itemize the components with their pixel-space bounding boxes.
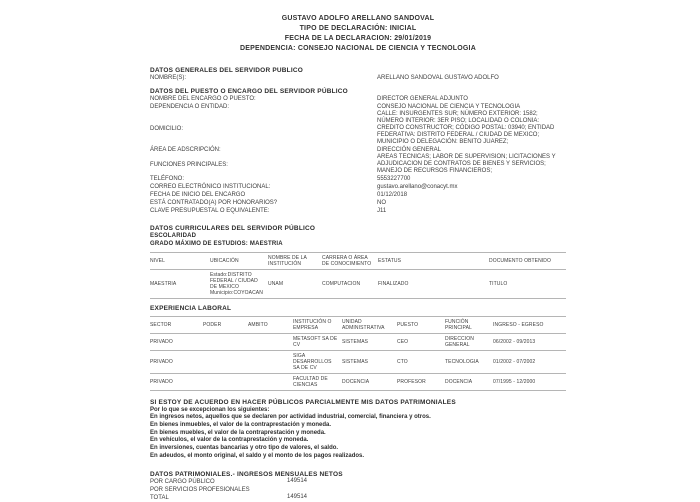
grado-maximo: GRADO MÁXIMO DE ESTUDIOS: MAESTRIA (150, 240, 566, 248)
cell-sector: PRIVADO (150, 374, 203, 391)
cell-institucion: FACULTAD DE CIENCIAS (293, 374, 342, 391)
cell-poder (203, 351, 248, 374)
table-row: MAESTRIA Estado:DISTRITO FEDERAL / CIUDA… (150, 270, 566, 299)
field-row: ESTÁ CONTRATADO(A) POR HONORARIOS? NO (150, 199, 566, 207)
cell-poder (203, 334, 248, 351)
field-row: NOMBRE(S): ARELLANO SANDOVAL GUSTAVO ADO… (150, 74, 566, 82)
field-row: ÁREA DE ADSCRIPCIÓN: DIRECCIÓN GENERAL (150, 146, 566, 154)
col-header: ESTATUS (378, 253, 489, 270)
declaration-type: TIPO DE DECLARACIÓN: INICIAL (150, 24, 566, 34)
cell-periodo: 01/2002 - 07/2002 (493, 351, 566, 374)
declaration-dependency: DEPENDENCIA: CONSEJO NACIONAL DE CIENCIA… (150, 44, 566, 54)
escolaridad-table: NIVEL UBICACIÓN NOMBRE DE LA INSTITUCIÓN… (150, 252, 566, 299)
cell-puesto: CTO (397, 351, 445, 374)
field-label: TELÉFONO: (150, 175, 377, 183)
table-header-row: SECTOR PODER AMBITO INSTITUCIÓN O EMPRES… (150, 317, 566, 334)
cell-institucion: SIGA DESARROLLOS SA DE CV (293, 351, 342, 374)
cell-funcion: DOCENCIA (445, 374, 493, 391)
field-value: DIRECTOR GENERAL ADJUNTO (377, 96, 566, 103)
field-value: 5553227700 (377, 176, 566, 183)
section-title-datos-curriculares: DATOS CURRICULARES DEL SERVIDOR PÚBLICO (150, 225, 566, 232)
col-header: INGRESO - EGRESO (493, 317, 566, 334)
cell-funcion: DIRECCION GENERAL (445, 334, 493, 351)
cell-unidad: SISTEMAS (342, 351, 397, 374)
cell-carrera: COMPUTACION (322, 270, 378, 299)
exception-item: En bienes inmuebles, el valor de la cont… (150, 422, 566, 430)
cell-ambito (248, 374, 293, 391)
col-header: AMBITO (248, 317, 293, 334)
document-header: GUSTAVO ADOLFO ARELLANO SANDOVAL TIPO DE… (150, 14, 566, 54)
field-value: J11 (377, 208, 566, 215)
field-value: gustavo.arellano@conacyt.mx (377, 184, 566, 191)
cell-institucion: UNAM (268, 270, 322, 299)
field-label: ÁREA DE ADSCRIPCIÓN: (150, 146, 377, 154)
field-row: CLAVE PRESUPUESTAL O EQUIVALENTE: J11 (150, 207, 566, 215)
cell-sector: PRIVADO (150, 334, 203, 351)
cell-ubicacion: Estado:DISTRITO FEDERAL / CIUDAD DE MEXI… (210, 270, 268, 299)
field-row: NOMBRE DEL ENCARGO O PUESTO: DIRECTOR GE… (150, 95, 566, 103)
cell-ambito (248, 334, 293, 351)
field-value: AREAS TECNICAS; LABOR DE SUPERVISION; LI… (377, 154, 566, 175)
col-header: DOCUMENTO OBTENIDO (489, 253, 566, 270)
field-label: DOMICILIO: (150, 125, 377, 133)
field-label: DEPENDENCIA O ENTIDAD: (150, 103, 377, 111)
section-title-datos-generales: DATOS GENERALES DEL SERVIDOR PUBLICO (150, 67, 566, 74)
cell-documento: TITULO (489, 270, 566, 299)
field-row: DEPENDENCIA O ENTIDAD: CONSEJO NACIONAL … (150, 103, 566, 111)
field-value: 01/12/2018 (377, 192, 566, 199)
exception-item: En bienes muebles, el valor de la contra… (150, 430, 566, 438)
field-row: FECHA DE INICIO DEL ENCARGO 01/12/2018 (150, 191, 566, 199)
cell-ambito (248, 351, 293, 374)
col-header: NOMBRE DE LA INSTITUCIÓN (268, 253, 322, 270)
exceptions-list: Por lo que se excepcionan los siguientes… (150, 406, 566, 461)
declaration-document: GUSTAVO ADOLFO ARELLANO SANDOVAL TIPO DE… (150, 14, 566, 466)
col-header: FUNCIÓN PRINCIPAL (445, 317, 493, 334)
field-row: TELÉFONO: 5553227700 (150, 175, 566, 183)
col-header: INSTITUCIÓN O EMPRESA (293, 317, 342, 334)
cell-puesto: PROFESOR (397, 374, 445, 391)
table-row: PRIVADO SIGA DESARROLLOS SA DE CV SISTEM… (150, 351, 566, 374)
table-header-row: NIVEL UBICACIÓN NOMBRE DE LA INSTITUCIÓN… (150, 253, 566, 270)
cell-puesto: CEO (397, 334, 445, 351)
col-header: NIVEL (150, 253, 210, 270)
cell-unidad: SISTEMAS (342, 334, 397, 351)
col-header: UBICACIÓN (210, 253, 268, 270)
field-label: FUNCIONES PRINCIPALES: (150, 161, 377, 169)
exception-item: En inversiones, cuentas bancarias y otro… (150, 445, 566, 453)
field-label: ESTÁ CONTRATADO(A) POR HONORARIOS? (150, 199, 377, 207)
field-label: FECHA DE INICIO DEL ENCARGO (150, 191, 377, 199)
section-title-experiencia: EXPERIENCIA LABORAL (150, 305, 566, 312)
field-row: CORREO ELECTRÓNICO INSTITUCIONAL: gustav… (150, 183, 566, 191)
table-row: PRIVADO METASOFT SA DE CV SISTEMAS CEO D… (150, 334, 566, 351)
cell-institucion: METASOFT SA DE CV (293, 334, 342, 351)
exception-item: En ingresos netos, aquellos que se decla… (150, 414, 566, 422)
cell-estatus: FINALIZADO (378, 270, 489, 299)
table-row: PRIVADO FACULTAD DE CIENCIAS DOCENCIA PR… (150, 374, 566, 391)
section-title-datos-puesto: DATOS DEL PUESTO O ENCARGO DEL SERVIDOR … (150, 88, 566, 95)
col-header: PODER (203, 317, 248, 334)
declarant-name: GUSTAVO ADOLFO ARELLANO SANDOVAL (150, 14, 566, 24)
cell-periodo: 07/1995 - 12/2000 (493, 374, 566, 391)
cell-unidad: DOCENCIA (342, 374, 397, 391)
cell-funcion: TECNOLOGIA (445, 351, 493, 374)
field-label: CORREO ELECTRÓNICO INSTITUCIONAL: (150, 183, 377, 191)
field-value: CONSEJO NACIONAL DE CIENCIA Y TECNOLOGIA (377, 104, 566, 111)
exception-item: En vehículos, el valor de la contraprest… (150, 437, 566, 445)
cell-periodo: 06/2002 - 09/2013 (493, 334, 566, 351)
cell-poder (203, 374, 248, 391)
field-value: ARELLANO SANDOVAL GUSTAVO ADOLFO (377, 75, 566, 82)
field-value: DIRECCIÓN GENERAL (377, 147, 566, 154)
cell-nivel: MAESTRIA (150, 270, 210, 299)
cell-sector: PRIVADO (150, 351, 203, 374)
experiencia-table: SECTOR PODER AMBITO INSTITUCIÓN O EMPRES… (150, 316, 566, 391)
col-header: UNIDAD ADMINISTRATIVA (342, 317, 397, 334)
exceptions-intro: Por lo que se excepcionan los siguientes… (150, 406, 566, 414)
col-header: PUESTO (397, 317, 445, 334)
field-row-funciones: FUNCIONES PRINCIPALES: AREAS TECNICAS; L… (150, 154, 566, 175)
field-value: NO (377, 200, 566, 207)
field-label: NOMBRE(S): (150, 74, 377, 82)
field-label: NOMBRE DEL ENCARGO O PUESTO: (150, 95, 377, 103)
acuerdo-title: SI ESTOY DE ACUERDO EN HACER PÚBLICOS PA… (150, 399, 566, 406)
exception-item: En adeudos, el monto original, el saldo … (150, 453, 566, 461)
col-header: SECTOR (150, 317, 203, 334)
field-row-domicilio: DOMICILIO: CALLE: INSURGENTES SUR; NÚMER… (150, 111, 566, 146)
col-header: CARRERA O ÁREA DE CONOCIMIENTO (322, 253, 378, 270)
field-value: CALLE: INSURGENTES SUR; NÚMERO EXTERIOR:… (377, 111, 566, 146)
escolaridad-subtitle: ESCOLARIDAD (150, 232, 566, 240)
field-label: CLAVE PRESUPUESTAL O EQUIVALENTE: (150, 207, 377, 215)
declaration-date: FECHA DE LA DECLARACION: 29/01/2019 (150, 34, 566, 44)
